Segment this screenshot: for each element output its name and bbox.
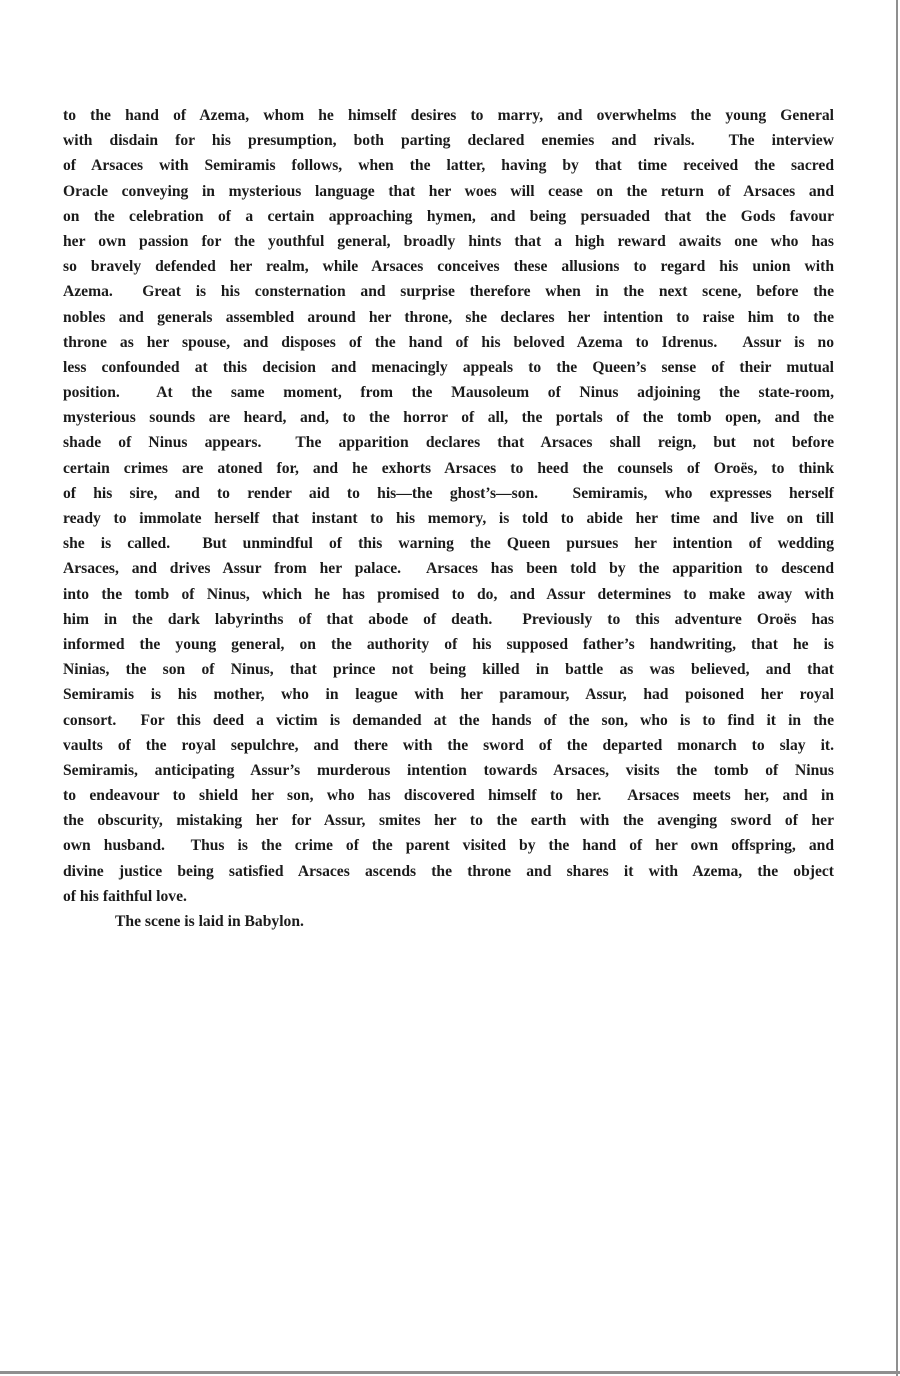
text-line: own husband. Thus is the crime of the pa… <box>63 833 834 858</box>
text-line: throne as her spouse, and disposes of th… <box>63 330 834 355</box>
text-line: informed the young general, on the autho… <box>63 632 834 657</box>
text-line: of Arsaces with Semiramis follows, when … <box>63 153 834 178</box>
text-line: shade of Ninus appears. The apparition d… <box>63 430 834 455</box>
text-line: vaults of the royal sepulchre, and there… <box>63 733 834 758</box>
body-text: to the hand of Azema, whom he himself de… <box>63 103 834 934</box>
text-line: Arsaces, and drives Assur from her palac… <box>63 556 834 581</box>
text-line: divine justice being satisfied Arsaces a… <box>63 859 834 884</box>
scan-edge-right <box>896 0 898 1376</box>
text-line: Ninias, the son of Ninus, that prince no… <box>63 657 834 682</box>
text-line: with disdain for his presumption, both p… <box>63 128 834 153</box>
text-line: mysterious sounds are heard, and, to the… <box>63 405 834 430</box>
text-line: she is called. But unmindful of this war… <box>63 531 834 556</box>
text-line: her own passion for the youthful general… <box>63 229 834 254</box>
text-line: consort. For this deed a victim is deman… <box>63 708 834 733</box>
text-line: into the tomb of Ninus, which he has pro… <box>63 582 834 607</box>
text-line: The scene is laid in Babylon. <box>63 909 834 934</box>
text-line: position. At the same moment, from the M… <box>63 380 834 405</box>
text-line: ready to immolate herself that instant t… <box>63 506 834 531</box>
text-line: Azema. Great is his consternation and su… <box>63 279 834 304</box>
text-line: the obscurity, mistaking her for Assur, … <box>63 808 834 833</box>
scanned-page: to the hand of Azema, whom he himself de… <box>0 0 900 1376</box>
text-line: so bravely defended her realm, while Ars… <box>63 254 834 279</box>
text-line: to endeavour to shield her son, who has … <box>63 783 834 808</box>
text-line: Semiramis, anticipating Assur’s murderou… <box>63 758 834 783</box>
text-line: to the hand of Azema, whom he himself de… <box>63 103 834 128</box>
text-line: less confounded at this decision and men… <box>63 355 834 380</box>
text-line: Semiramis is his mother, who in league w… <box>63 682 834 707</box>
text-line: him in the dark labyrinths of that abode… <box>63 607 834 632</box>
text-line: of his faithful love. <box>63 884 834 909</box>
text-line: of his sire, and to render aid to his—th… <box>63 481 834 506</box>
text-line: on the celebration of a certain approach… <box>63 204 834 229</box>
text-line: certain crimes are atoned for, and he ex… <box>63 456 834 481</box>
scan-edge-bottom <box>0 1371 900 1374</box>
text-line: nobles and generals assembled around her… <box>63 305 834 330</box>
text-line: Oracle conveying in mysterious language … <box>63 179 834 204</box>
